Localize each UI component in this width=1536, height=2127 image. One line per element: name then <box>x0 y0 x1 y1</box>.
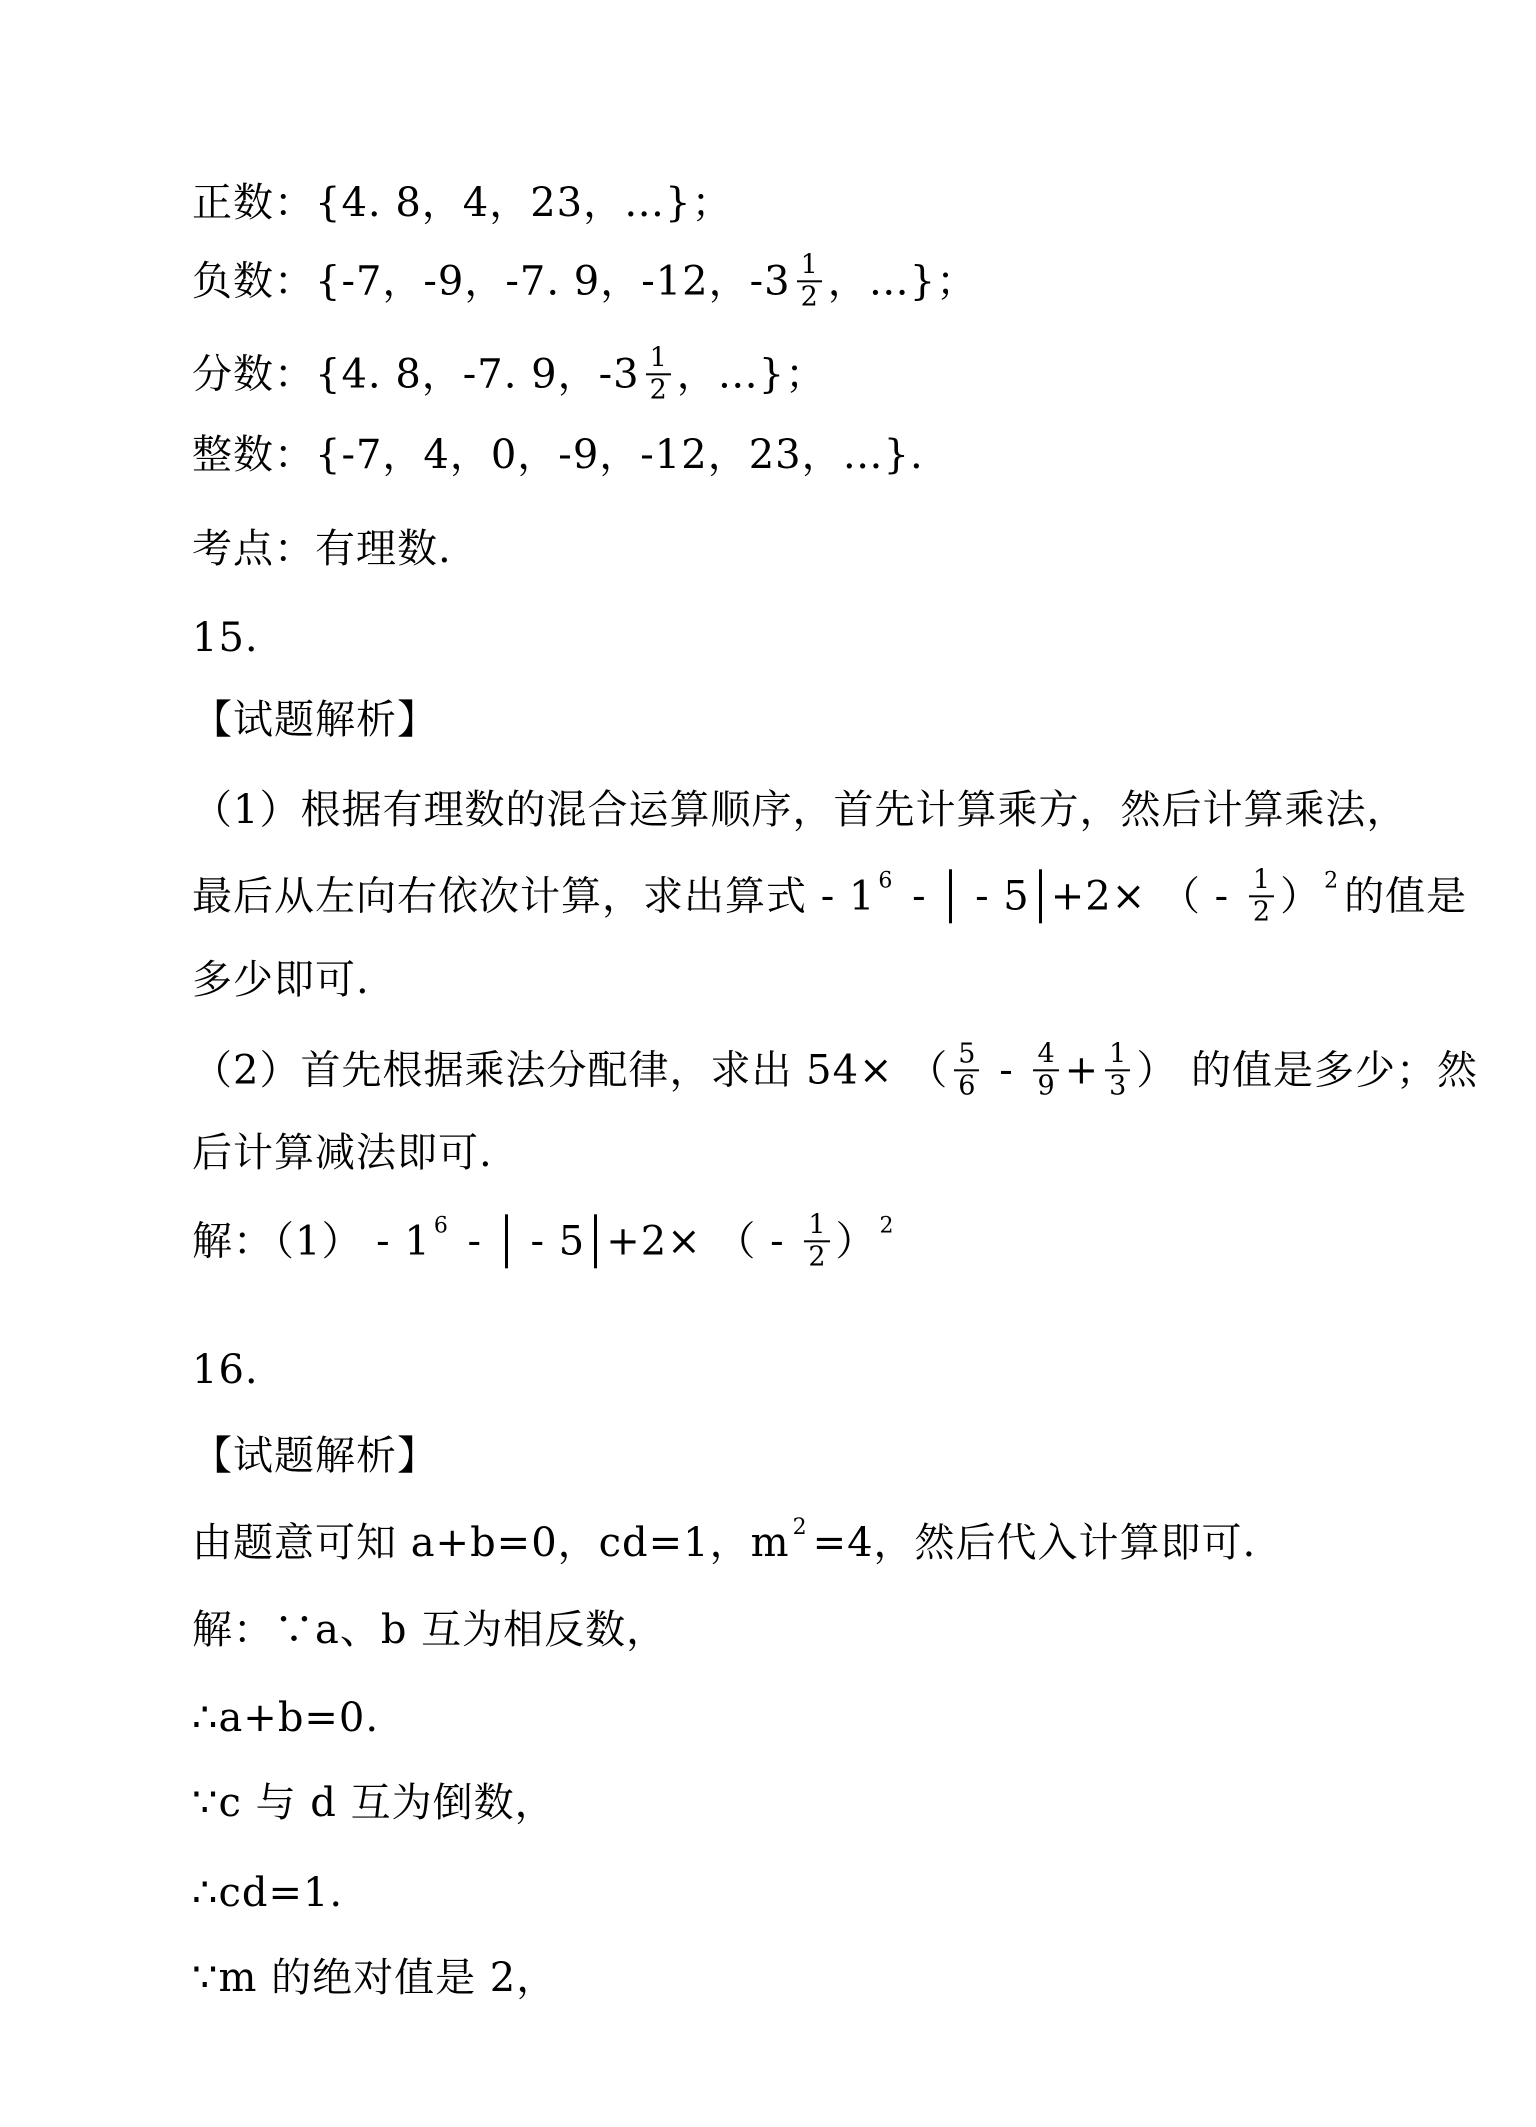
document-page: 正数：{4. 8，4，23，…}；负数：{-7，-9，-7. 9，-12，-31… <box>0 0 1536 2127</box>
stacked-fraction: 49 <box>1033 1039 1058 1100</box>
text-run: 16. <box>192 1347 259 1393</box>
superscript-exponent: 2 <box>1324 868 1338 893</box>
superscript-exponent: 2 <box>793 1515 807 1540</box>
analysis-title-16: 【试题解析】 <box>192 1433 438 1479</box>
analysis-15-para1-line2: 最后从左向右依次计算，求出算式 - 16 - - 5+2× （ - 12）2的值… <box>192 865 1467 926</box>
text-run: 整数：{-7，4，0，-9，-12，23，…}. <box>192 432 924 478</box>
text-run: ，…}； <box>677 351 826 397</box>
text-run: （1）根据有理数的混合运算顺序，首先计算乘方，然后计算乘法， <box>192 787 1407 833</box>
fraction-numerator: 5 <box>954 1039 979 1071</box>
text-run: - 5 <box>961 873 1029 919</box>
fraction-denominator: 3 <box>1105 1071 1130 1101</box>
text-run: - <box>454 1218 496 1264</box>
stacked-fraction: 12 <box>797 250 822 311</box>
analysis-16-summary: 由题意可知 a+b=0，cd=1，m2=4，然后代入计算即可. <box>192 1520 1256 1566</box>
text-run: ∴a+b=0. <box>192 1695 379 1741</box>
fraction-denominator: 2 <box>804 1242 829 1272</box>
text-run: - 5 <box>517 1218 585 1264</box>
text-run: ∴cd=1. <box>192 1870 343 1916</box>
text-run: ∵c 与 d 互为倒数， <box>192 1780 556 1826</box>
text-run: （2）首先根据乘法分配律，求出 54× （ <box>192 1047 948 1093</box>
analysis-15-para1-line1: （1）根据有理数的混合运算顺序，首先计算乘方，然后计算乘法， <box>192 787 1407 833</box>
fraction-denominator: 2 <box>797 282 822 312</box>
text-run: + <box>1065 1047 1100 1093</box>
stacked-fraction: 12 <box>1249 865 1274 926</box>
text-run: =4，然后代入计算即可. <box>813 1520 1257 1566</box>
text-run: 解：∵a、b 互为相反数， <box>192 1607 667 1653</box>
stacked-fraction: 12 <box>646 343 671 404</box>
stacked-fraction: 56 <box>954 1039 979 1100</box>
solution-16-line1: 解：∵a、b 互为相反数， <box>192 1607 667 1653</box>
text-run: ∵m 的绝对值是 2， <box>192 1955 557 2001</box>
problem-16-label: 16. <box>192 1347 259 1393</box>
solution-16-line4: ∴cd=1. <box>192 1870 343 1916</box>
text-run: 后计算减法即可. <box>192 1130 493 1176</box>
fraction-numerator: 1 <box>804 1210 829 1242</box>
text-run: ） <box>836 1218 877 1264</box>
fraction-denominator: 2 <box>646 375 671 405</box>
text-run: 【试题解析】 <box>192 1433 438 1479</box>
text-run: 的值是 <box>1344 873 1467 919</box>
solution-16-line3: ∵c 与 d 互为倒数， <box>192 1780 556 1826</box>
superscript-exponent: 2 <box>880 1213 894 1238</box>
superscript-exponent: 6 <box>878 868 892 893</box>
stacked-fraction: 12 <box>804 1210 829 1271</box>
text-run: 15. <box>192 615 259 661</box>
analysis-15-para1-line3: 多少即可. <box>192 957 370 1003</box>
text-run: - <box>985 1047 1027 1093</box>
fraction-numerator: 1 <box>1105 1039 1130 1071</box>
positive-numbers-set: 正数：{4. 8，4，23，…}； <box>192 180 733 226</box>
absolute-value-bar <box>949 869 952 923</box>
text-run: 分数：{4. 8，-7. 9，-3 <box>192 351 640 397</box>
problem-15-label: 15. <box>192 615 259 661</box>
text-run: ） <box>1280 873 1321 919</box>
text-run: 由题意可知 a+b=0，cd=1，m <box>192 1520 790 1566</box>
solution-15-step: 解：（1） - 16 - - 5+2× （ - 12）2 <box>192 1210 900 1271</box>
fractions-set: 分数：{4. 8，-7. 9，-312，…}； <box>192 343 826 404</box>
analysis-15-para2-line2: 后计算减法即可. <box>192 1130 493 1176</box>
text-run: +2× （ - <box>606 1218 798 1264</box>
absolute-value-bar <box>1039 869 1042 923</box>
text-run: 最后从左向右依次计算，求出算式 - 1 <box>192 873 875 919</box>
superscript-exponent: 6 <box>434 1213 448 1238</box>
text-run: 【试题解析】 <box>192 697 438 743</box>
fraction-denominator: 6 <box>954 1071 979 1101</box>
text-run: 多少即可. <box>192 957 370 1003</box>
text-run: ） 的值是多少；然 <box>1136 1047 1478 1093</box>
analysis-15-para2-line1: （2）首先根据乘法分配律，求出 54× （56 - 49+13） 的值是多少；然 <box>192 1039 1478 1100</box>
fraction-numerator: 1 <box>797 250 822 282</box>
stacked-fraction: 13 <box>1105 1039 1130 1100</box>
integers-set: 整数：{-7，4，0，-9，-12，23，…}. <box>192 432 924 478</box>
text-run: ，…}； <box>828 258 977 304</box>
text-run: +2× （ - <box>1051 873 1243 919</box>
text-run: 负数：{-7，-9，-7. 9，-12，-3 <box>192 258 791 304</box>
negative-numbers-set: 负数：{-7，-9，-7. 9，-12，-312，…}； <box>192 250 977 311</box>
text-run: 解：（1） - 1 <box>192 1218 431 1264</box>
solution-16-line5: ∵m 的绝对值是 2， <box>192 1955 557 2001</box>
fraction-numerator: 4 <box>1033 1039 1058 1071</box>
text-run: - <box>898 873 940 919</box>
solution-16-line2: ∴a+b=0. <box>192 1695 379 1741</box>
exam-point: 考点：有理数. <box>192 526 452 572</box>
absolute-value-bar <box>594 1214 597 1268</box>
absolute-value-bar <box>505 1214 508 1268</box>
fraction-denominator: 9 <box>1033 1071 1058 1101</box>
text-run: 正数：{4. 8，4，23，…}； <box>192 180 733 226</box>
fraction-numerator: 1 <box>646 343 671 375</box>
analysis-title-15: 【试题解析】 <box>192 697 438 743</box>
fraction-denominator: 2 <box>1249 897 1274 927</box>
text-run: 考点：有理数. <box>192 526 452 572</box>
fraction-numerator: 1 <box>1249 865 1274 897</box>
